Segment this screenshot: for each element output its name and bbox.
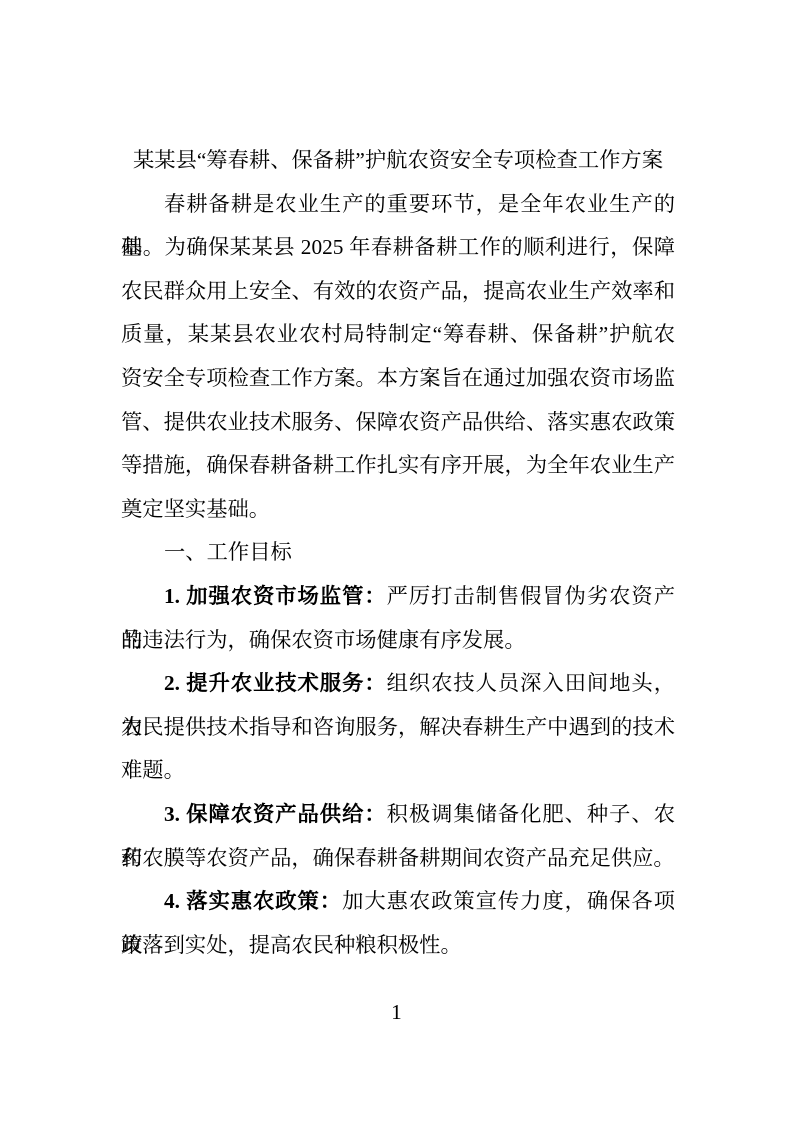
intro-line: 资安全专项检查工作方案。本方案旨在通过加强农资市场监 [121,357,675,401]
section-heading: 一、工作目标 [121,531,675,575]
list-item-line: 3. 保障农资产品供给：积极调集储备化肥、种子、农药 [121,793,675,837]
list-item-line: 1. 加强农资市场监管：严厉打击制售假冒伪劣农资产品 [121,575,675,619]
intro-line: 础。为确保某某县 2025 年春耕备耕工作的顺利进行，保障 [121,226,675,270]
list-item-line: 4. 落实惠农政策：加大惠农政策宣传力度，确保各项政 [121,880,675,924]
intro-line: 等措施，确保春耕备耕工作扎实有序开展，为全年农业生产 [121,444,675,488]
list-item-line: 策落到实处，提高农民种粮积极性。 [121,924,675,968]
page-footer: 1 [0,997,793,1027]
document-page: 某某县“筹春耕、保备耕”护航农资安全专项检查工作方案 春耕备耕是农业生产的重要环… [0,0,793,1122]
document-body: 某某县“筹春耕、保备耕”护航农资安全专项检查工作方案 春耕备耕是农业生产的重要环… [121,139,675,967]
list-item-line: 和农膜等农资产品，确保春耕备耕期间农资产品充足供应。 [121,837,675,881]
list-item-line: 难题。 [121,749,675,793]
list-item-line: 2. 提升农业技术服务：组织农技人员深入田间地头，为 [121,662,675,706]
page-number: 1 [391,1000,402,1024]
list-item-term: 3. 保障农资产品供给： [164,802,387,826]
intro-line: 农民群众用上安全、有效的农资产品，提高农业生产效率和 [121,270,675,314]
intro-line: 奠定坚实基础。 [121,488,675,532]
intro-line: 管、提供农业技术服务、保障农资产品供给、落实惠农政策 [121,401,675,445]
list-item-line: 农民提供技术指导和咨询服务，解决春耕生产中遇到的技术 [121,706,675,750]
intro-line: 春耕备耕是农业生产的重要环节，是全年农业生产的基 [121,183,675,227]
list-item-term: 2. 提升农业技术服务： [164,671,387,695]
document-title: 某某县“筹春耕、保备耕”护航农资安全专项检查工作方案 [121,139,675,183]
list-item-line: 的违法行为，确保农资市场健康有序发展。 [121,619,675,663]
list-item-term: 1. 加强农资市场监管： [164,584,387,608]
list-item-term: 4. 落实惠农政策： [164,889,342,913]
intro-line: 质量，某某县农业农村局特制定“筹春耕、保备耕”护航农 [121,313,675,357]
